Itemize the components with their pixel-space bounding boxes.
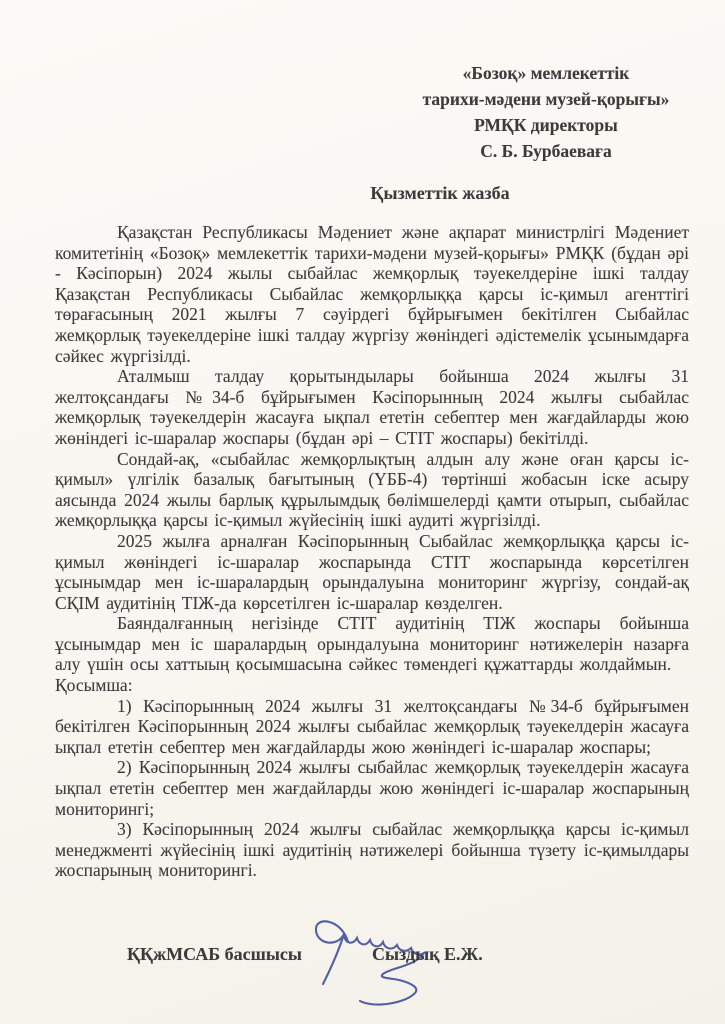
paragraph-conclusion: Баяндалғанның негізінде СТІТ аудитінің Т…	[55, 613, 689, 675]
attachment-item-3: 3) Кәсіпорынның 2024 жылғы сыбайлас жемқ…	[55, 819, 689, 881]
paragraph-order: Аталмыш талдау қорытындылары бойынша 202…	[55, 366, 689, 448]
paragraph-plan-2025: 2025 жылға арналған Кәсіпорынның Сыбайла…	[55, 531, 689, 613]
addressee-line: РМҚК директоры	[393, 112, 699, 138]
attachment-item-2: 2) Кәсіпорынның 2024 жылғы сыбайлас жемқ…	[55, 757, 689, 819]
addressee-line: «Бозоқ» мемлекеттік	[393, 60, 699, 86]
signer-name: Сыздық Е.Ж.	[372, 944, 483, 965]
document-title: Қызметтік жазба	[340, 183, 540, 204]
addressee-line: С. Б. Бурбаеваға	[393, 138, 699, 164]
scanned-memo-page: «Бозоқ» мемлекеттік тарихи-мәдени музей-…	[0, 0, 725, 1024]
paragraph-intro: Қазақстан Республикасы Мәдениет және ақп…	[55, 222, 689, 366]
attachment-item-1: 1) Кәсіпорынның 2024 жылғы 31 желтоқсанд…	[55, 696, 689, 758]
document-body: Қазақстан Республикасы Мәдениет және ақп…	[55, 222, 689, 881]
addressee-block: «Бозоқ» мемлекеттік тарихи-мәдени музей-…	[393, 60, 699, 164]
paragraph-audit: Сондай-ақ, «сыбайлас жемқорлықтың алдын …	[55, 449, 689, 531]
attachments-heading: Қосымша:	[55, 675, 689, 696]
addressee-line: тарихи-мәдени музей-қорығы»	[393, 86, 699, 112]
